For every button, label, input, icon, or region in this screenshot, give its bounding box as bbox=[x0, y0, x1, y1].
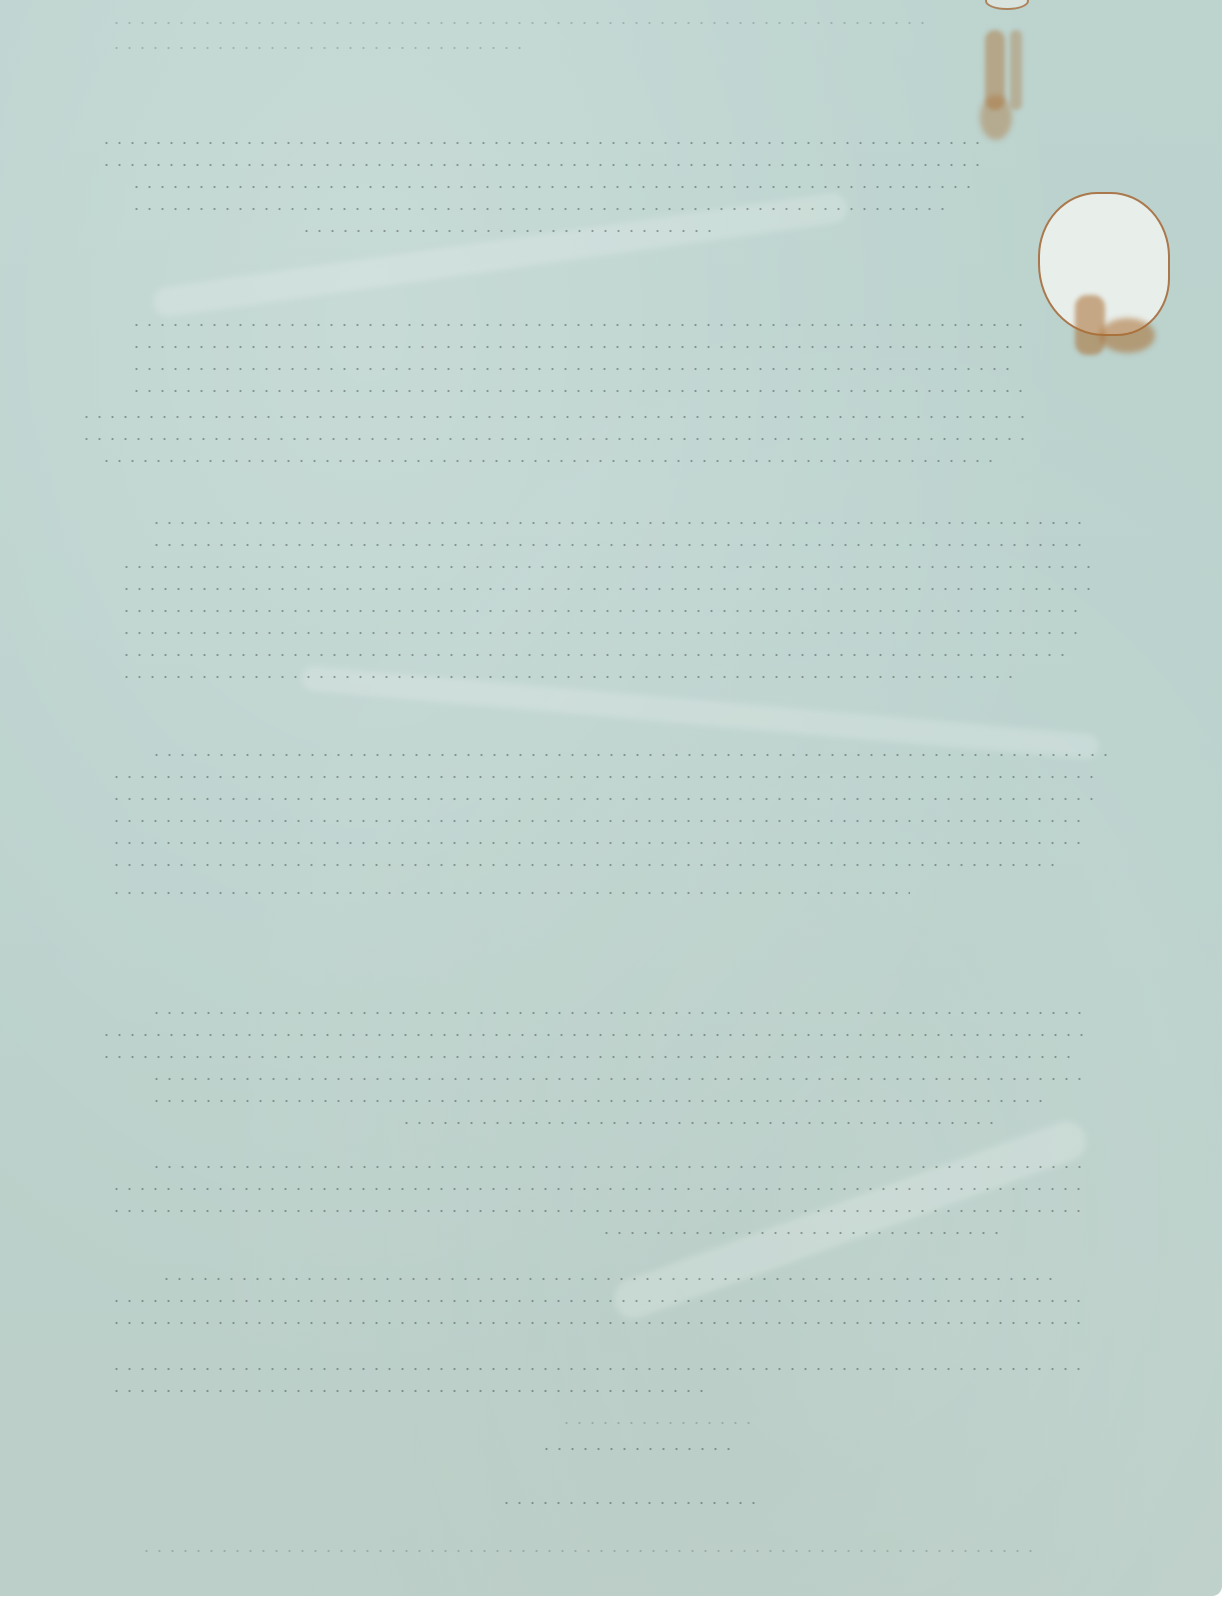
paper-page bbox=[0, 0, 1222, 1596]
paper-crease bbox=[608, 1116, 1092, 1325]
